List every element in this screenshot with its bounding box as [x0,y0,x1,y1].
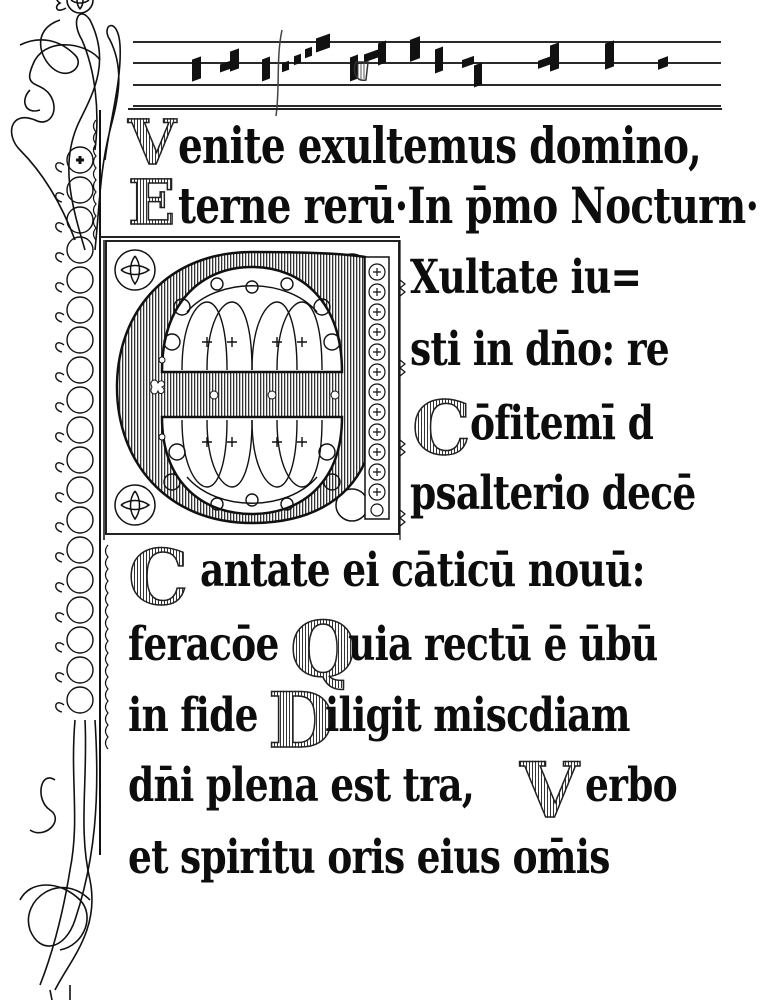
text-line-2: terne rerū·In p̄mo Nocturn· [178,176,758,236]
neume-icon [550,42,559,71]
text-line-8a: feracōe [128,617,279,673]
initial-V-2: V [520,753,579,829]
text-line-4: sti in dn̄o: re [410,322,669,378]
text-line-9a: in fide [128,688,258,744]
staff-line [133,41,721,43]
staff-line [133,84,721,86]
text-line-7: antate ei cāticū nouū: [200,543,645,599]
clef-icon [352,58,376,88]
initial-E-small: E [128,172,175,234]
text-line-6: psalterio decē [410,466,695,522]
illuminated-initial-E [105,240,400,535]
neume-icon [410,36,420,62]
neume-icon [462,56,474,68]
section-rule [100,236,400,238]
bar-line-icon [270,28,290,118]
initial-C: C [412,392,471,466]
neume-icon [316,33,330,52]
neume-icon [378,41,386,66]
neume-icon [474,63,482,88]
text-line-5: ōfitemī d [470,396,653,452]
initial-C-2: C [128,540,189,616]
text-line-10a: dn̄i plena est tra, [128,758,474,814]
initial-V: V [128,112,176,174]
zigzag-edge-ornament [398,240,410,540]
illuminated-e-icon [107,242,398,533]
text-line-3: Xultate iu= [410,250,641,306]
text-line-1: enite exultemus domino, [178,116,701,176]
neume-icon [435,47,443,74]
neume-icon [262,57,270,82]
staff-line [133,105,721,107]
neume-icon [192,56,201,81]
text-line-10b: erbo [585,758,677,814]
text-line-11: et spiritu oris eius om̄is [128,830,610,886]
staff-bottom-rule [128,108,722,110]
text-line-9b: iligit miscdiam [325,688,630,744]
text-line-8b: uia rectū ē ūbū [348,617,657,673]
neume-icon [305,47,312,59]
neume-icon [605,40,614,69]
neume-icon [658,56,668,70]
